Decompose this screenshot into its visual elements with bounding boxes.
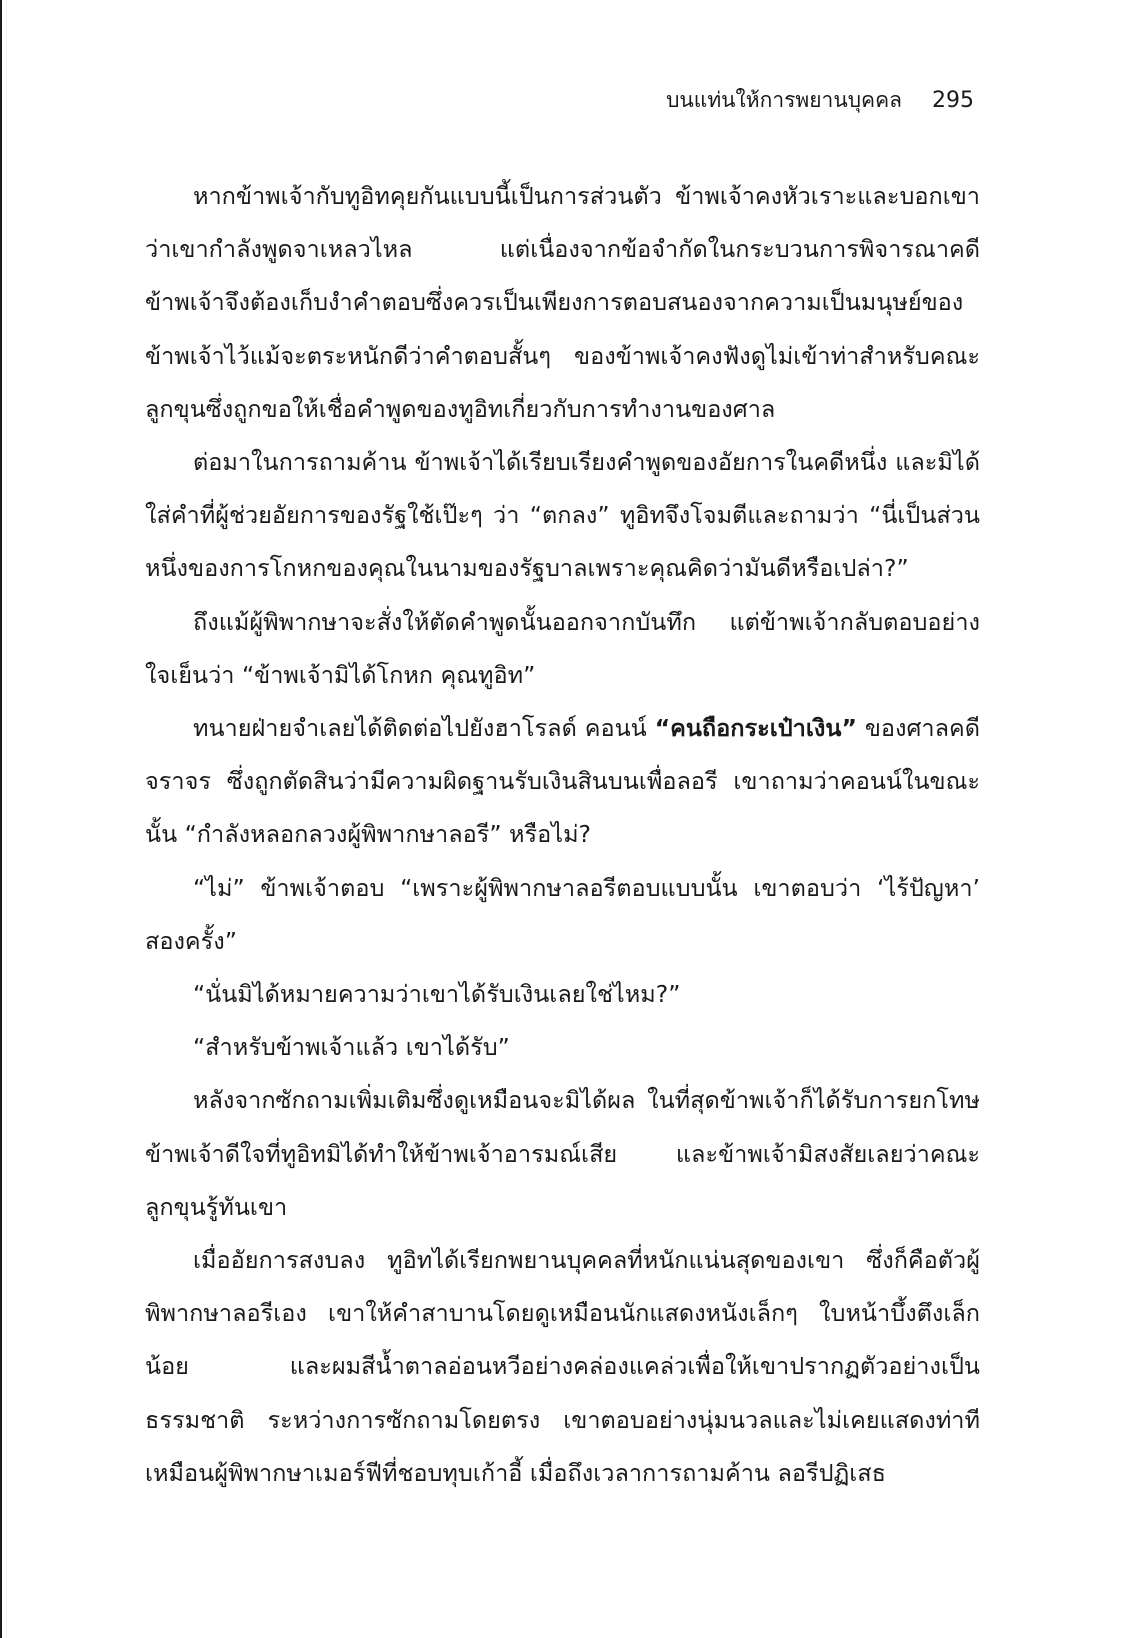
running-title: บนแท่นให้การพยานบุคคล: [666, 84, 902, 117]
bold-phrase: “คนถือกระเป๋าเงิน”: [655, 714, 857, 742]
page-number: 295: [932, 88, 974, 113]
paragraph: หากข้าพเจ้ากับทูอิทคุยกันแบบนี้เป็นการส่…: [145, 170, 980, 436]
paragraph: “นั่นมิได้หมายความว่าเขาได้รับเงินเลยใช่…: [145, 968, 980, 1021]
paragraph: ต่อมาในการถามค้าน ข้าพเจ้าได้เรียบเรียงค…: [145, 436, 980, 596]
running-header: บนแท่นให้การพยานบุคคล 295: [666, 84, 974, 117]
page-edge-shadow: [6, 0, 7, 1638]
paragraph: “ไม่” ข้าพเจ้าตอบ “เพราะผู้พิพากษาลอรีตอ…: [145, 862, 980, 968]
paragraph: หลังจากซักถามเพิ่มเติมซึ่งดูเหมือนจะมิได…: [145, 1074, 980, 1234]
paragraph: ถึงแม้ผู้พิพากษาจะสั่งให้ตัดคำพูดนั้นออก…: [145, 596, 980, 702]
paragraph: “สำหรับข้าพเจ้าแล้ว เขาได้รับ”: [145, 1021, 980, 1074]
paragraph: ทนายฝ่ายจำเลยได้ติดต่อไปยังฮาโรลด์ คอนน์…: [145, 702, 980, 862]
paragraph: เมื่ออัยการสงบลง ทูอิทได้เรียกพยานบุคคลท…: [145, 1234, 980, 1500]
paragraph-text: ทนายฝ่ายจำเลยได้ติดต่อไปยังฮาโรลด์ คอนน์: [193, 714, 655, 742]
body-text: หากข้าพเจ้ากับทูอิทคุยกันแบบนี้เป็นการส่…: [145, 170, 980, 1500]
page-edge-line: [0, 0, 2, 1638]
